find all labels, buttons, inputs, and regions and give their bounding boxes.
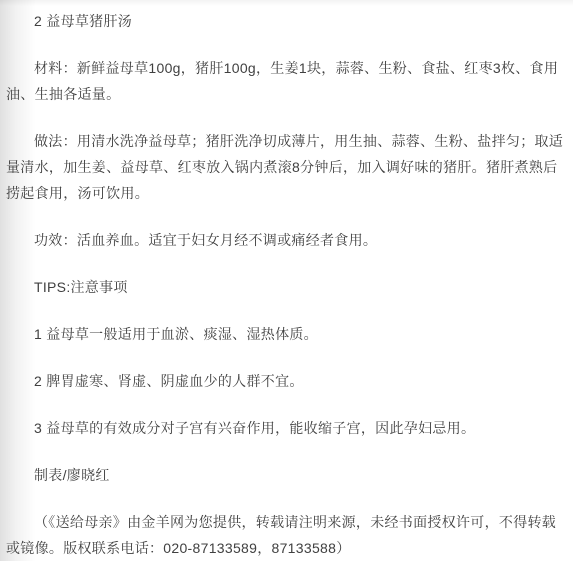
tip-item-1: 1 益母草一般适用于血淤、痰湿、湿热体质。 xyxy=(6,321,567,347)
ingredients-paragraph: 材料：新鲜益母草100g，猪肝100g，生姜1块，蒜蓉、生粉、食盐、红枣3枚、食… xyxy=(6,55,567,107)
effects-paragraph: 功效：活血养血。适宜于妇女月经不调或痛经者食用。 xyxy=(6,227,567,253)
tip-item-3: 3 益母草的有效成分对子宫有兴奋作用，能收缩子宫，因此孕妇忌用。 xyxy=(6,415,567,441)
copyright-notice: （《送给母亲》由金羊网为您提供，转载请注明来源，未经书面授权许可，不得转载或镜像… xyxy=(6,509,567,561)
article-page: 2 益母草猪肝汤 材料：新鲜益母草100g，猪肝100g，生姜1块，蒜蓉、生粉、… xyxy=(0,0,573,561)
editor-credit: 制表/廖晓红 xyxy=(6,462,567,488)
tips-heading: TIPS:注意事项 xyxy=(6,274,567,300)
article-content: 2 益母草猪肝汤 材料：新鲜益母草100g，猪肝100g，生姜1块，蒜蓉、生粉、… xyxy=(0,0,573,561)
tip-item-2: 2 脾胃虚寒、肾虚、阴虚血少的人群不宜。 xyxy=(6,368,567,394)
recipe-title: 2 益母草猪肝汤 xyxy=(6,8,567,34)
directions-paragraph: 做法：用清水洗净益母草；猪肝洗净切成薄片，用生抽、蒜蓉、生粉、盐拌匀；取适量清水… xyxy=(6,128,567,206)
